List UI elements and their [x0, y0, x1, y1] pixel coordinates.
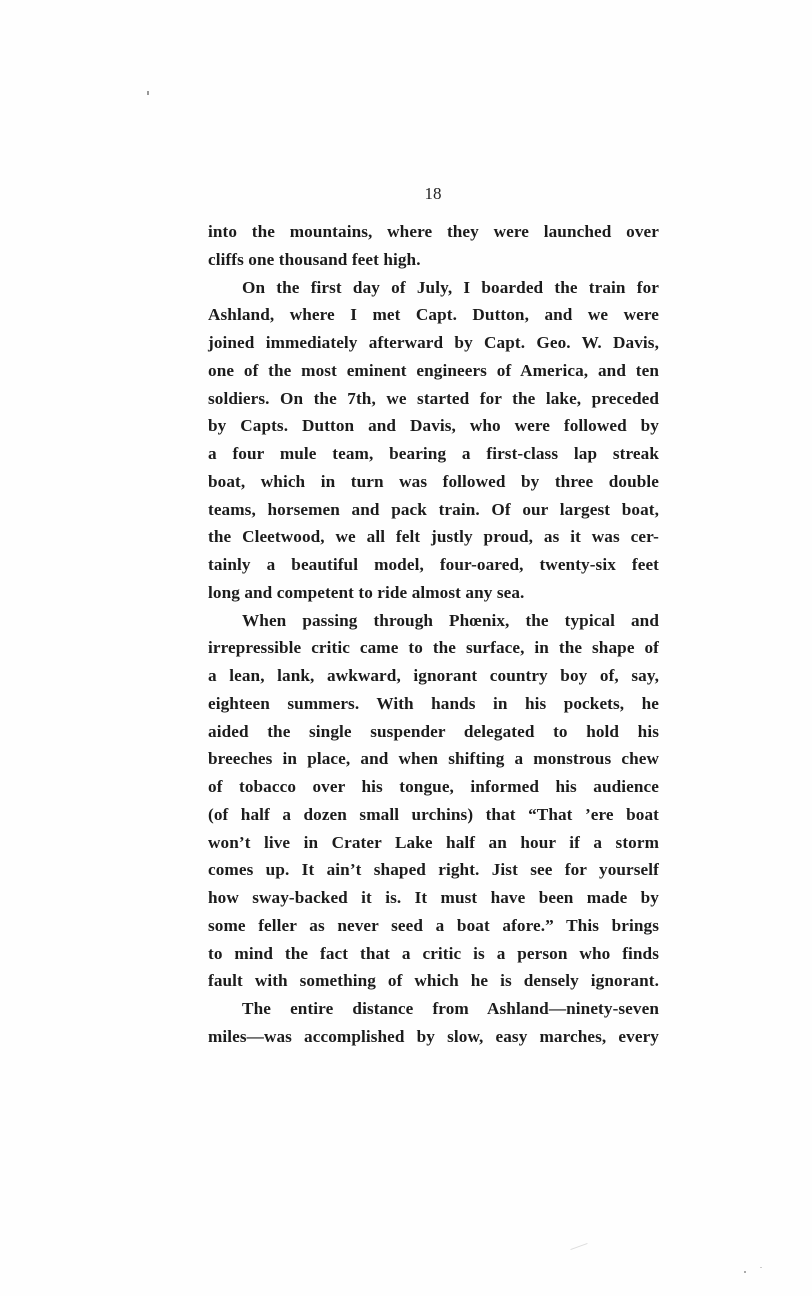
text-line: cliffs one thousand feet high. — [208, 246, 659, 274]
text-line: some feller as never seed a boat afore.”… — [208, 912, 659, 940]
text-line: teams, horsemen and pack train. Of our l… — [208, 496, 659, 524]
page-number: 18 — [0, 184, 812, 204]
text-line: miles—was accomplished by slow, easy mar… — [208, 1023, 659, 1051]
text-line: The entire distance from Ashland—ninety-… — [208, 995, 659, 1023]
text-line: (of half a dozen small urchins) that “Th… — [208, 801, 659, 829]
text-line: irrepressible critic came to the surface… — [208, 634, 659, 662]
text-line: On the first day of July, I boarded the … — [208, 274, 659, 302]
text-line: how sway-backed it is. It must have been… — [208, 884, 659, 912]
text-line: tainly a beautiful model, four-oared, tw… — [208, 551, 659, 579]
scan-speck — [147, 91, 149, 95]
text-line: boat, which in turn was followed by thre… — [208, 468, 659, 496]
text-line: long and competent to ride almost any se… — [208, 579, 659, 607]
text-line: a four mule team, bearing a first-class … — [208, 440, 659, 468]
text-line: the Cleetwood, we all felt justly proud,… — [208, 523, 659, 551]
text-line: into the mountains, where they were laun… — [208, 218, 659, 246]
text-line: Ashland, where I met Capt. Dutton, and w… — [208, 301, 659, 329]
text-line: comes up. It ain’t shaped right. Jist se… — [208, 856, 659, 884]
text-line: When passing through Phœnix, the typical… — [208, 607, 659, 635]
text-line: eighteen summers. With hands in his pock… — [208, 690, 659, 718]
text-line: fault with something of which he is dens… — [208, 967, 659, 995]
text-line: aided the single suspender delegated to … — [208, 718, 659, 746]
text-line: breeches in place, and when shifting a m… — [208, 745, 659, 773]
text-line: won’t live in Crater Lake half an hour i… — [208, 829, 659, 857]
text-line: to mind the fact that a critic is a pers… — [208, 940, 659, 968]
scan-speck — [760, 1267, 762, 1268]
book-page: 18 into the mountains, where they were l… — [0, 0, 812, 1296]
text-line: of tobacco over his tongue, informed his… — [208, 773, 659, 801]
body-text: into the mountains, where they were laun… — [208, 218, 659, 1051]
text-line: joined immediately afterward by Capt. Ge… — [208, 329, 659, 357]
text-line: soldiers. On the 7th, we started for the… — [208, 385, 659, 413]
scan-speck — [744, 1271, 746, 1273]
text-line: one of the most eminent engineers of Ame… — [208, 357, 659, 385]
scan-speck — [570, 1243, 587, 1250]
text-line: a lean, lank, awkward, ignorant country … — [208, 662, 659, 690]
text-line: by Capts. Dutton and Davis, who were fol… — [208, 412, 659, 440]
